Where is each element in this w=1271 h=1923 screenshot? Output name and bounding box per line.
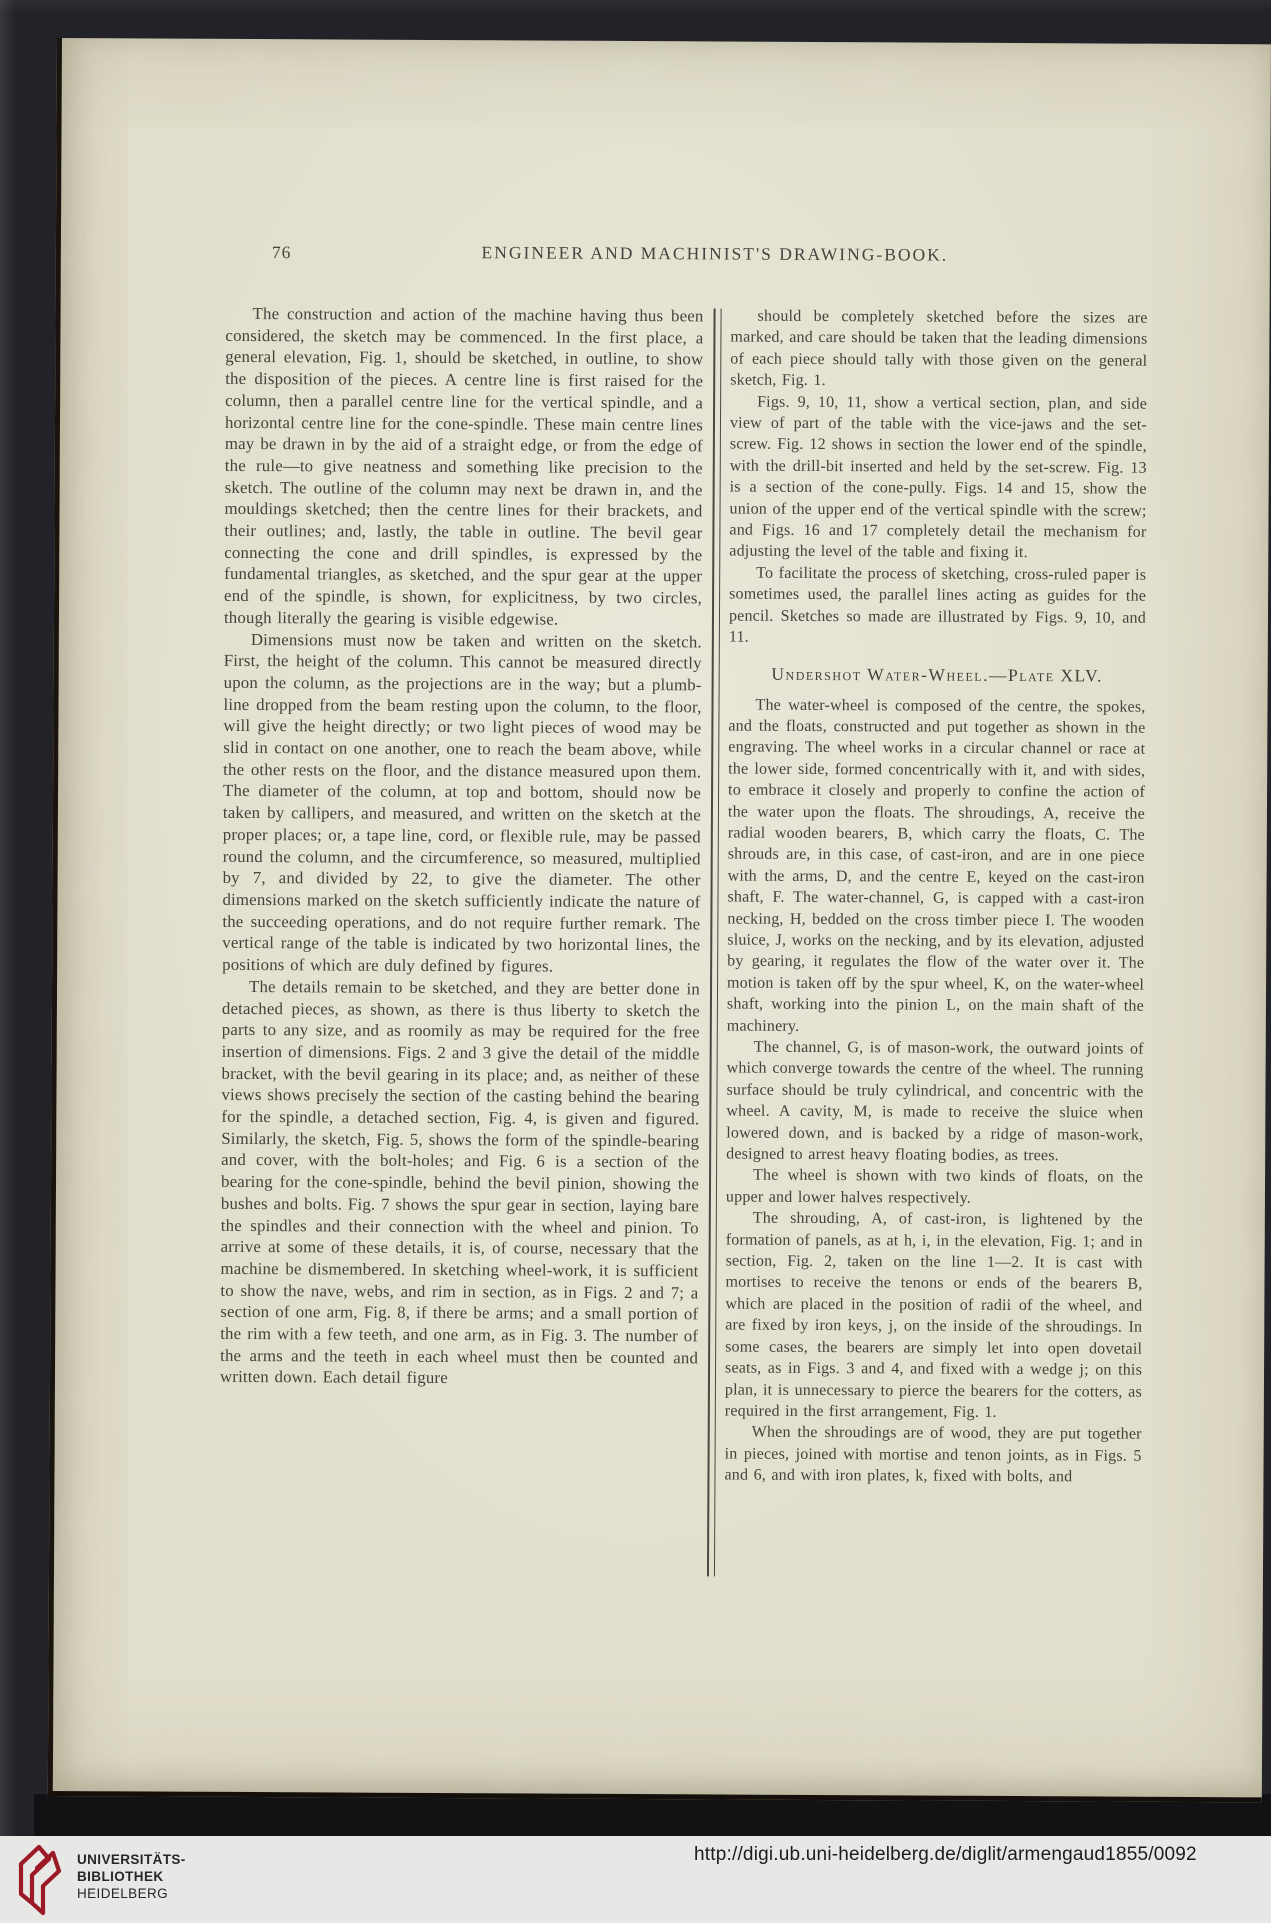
- library-name-line: UNIVERSITÄTS-: [77, 1851, 186, 1868]
- left-column: The construction and action of the machi…: [220, 303, 704, 1391]
- paragraph: should be completely sketched before the…: [730, 306, 1147, 394]
- column-divider-rule: [706, 308, 721, 1576]
- source-url: http://digi.ub.uni-heidelberg.de/diglit/…: [694, 1844, 1197, 1866]
- scanned-page-viewport: 76 ENGINEER AND MACHINIST'S DRAWING-BOOK…: [0, 0, 1271, 1923]
- paragraph: To facilitate the process of sketching, …: [729, 562, 1146, 650]
- library-name-line: HEIDELBERG: [77, 1885, 186, 1902]
- text-columns: The construction and action of the machi…: [219, 303, 1148, 1579]
- library-footer-bar: UNIVERSITÄTS- BIBLIOTHEK HEIDELBERG http…: [0, 1836, 1271, 1923]
- section-heading: Undershot Water-Wheel.—Plate XLV.: [729, 663, 1146, 686]
- book-page-scan: 76 ENGINEER AND MACHINIST'S DRAWING-BOOK…: [48, 38, 1271, 1802]
- paragraph: The wheel is shown with two kinds of flo…: [726, 1165, 1143, 1210]
- paragraph: The details remain to be sketched, and t…: [220, 976, 700, 1391]
- running-title: ENGINEER AND MACHINIST'S DRAWING-BOOK.: [482, 242, 949, 264]
- paragraph: The construction and action of the machi…: [224, 303, 704, 631]
- page-number: 76: [272, 242, 292, 263]
- running-head: 76 ENGINEER AND MACHINIST'S DRAWING-BOOK…: [226, 241, 1148, 270]
- paragraph: The water-wheel is composed of the centr…: [727, 694, 1146, 1039]
- library-name-line: BIBLIOTHEK: [77, 1868, 186, 1885]
- paragraph: Figs. 9, 10, 11, show a vertical section…: [729, 391, 1147, 564]
- ub-heidelberg-logo-icon: [13, 1842, 65, 1918]
- paragraph: The channel, G, is of mason-work, the ou…: [726, 1037, 1144, 1168]
- paragraph: The shrouding, A, of cast-iron, is light…: [725, 1208, 1143, 1424]
- right-column: should be completely sketched before the…: [724, 306, 1147, 1489]
- paragraph: Dimensions must now be taken and written…: [222, 628, 702, 978]
- paragraph: When the shroudings are of wood, they ar…: [724, 1422, 1141, 1488]
- library-name: UNIVERSITÄTS- BIBLIOTHEK HEIDELBERG: [77, 1851, 186, 1902]
